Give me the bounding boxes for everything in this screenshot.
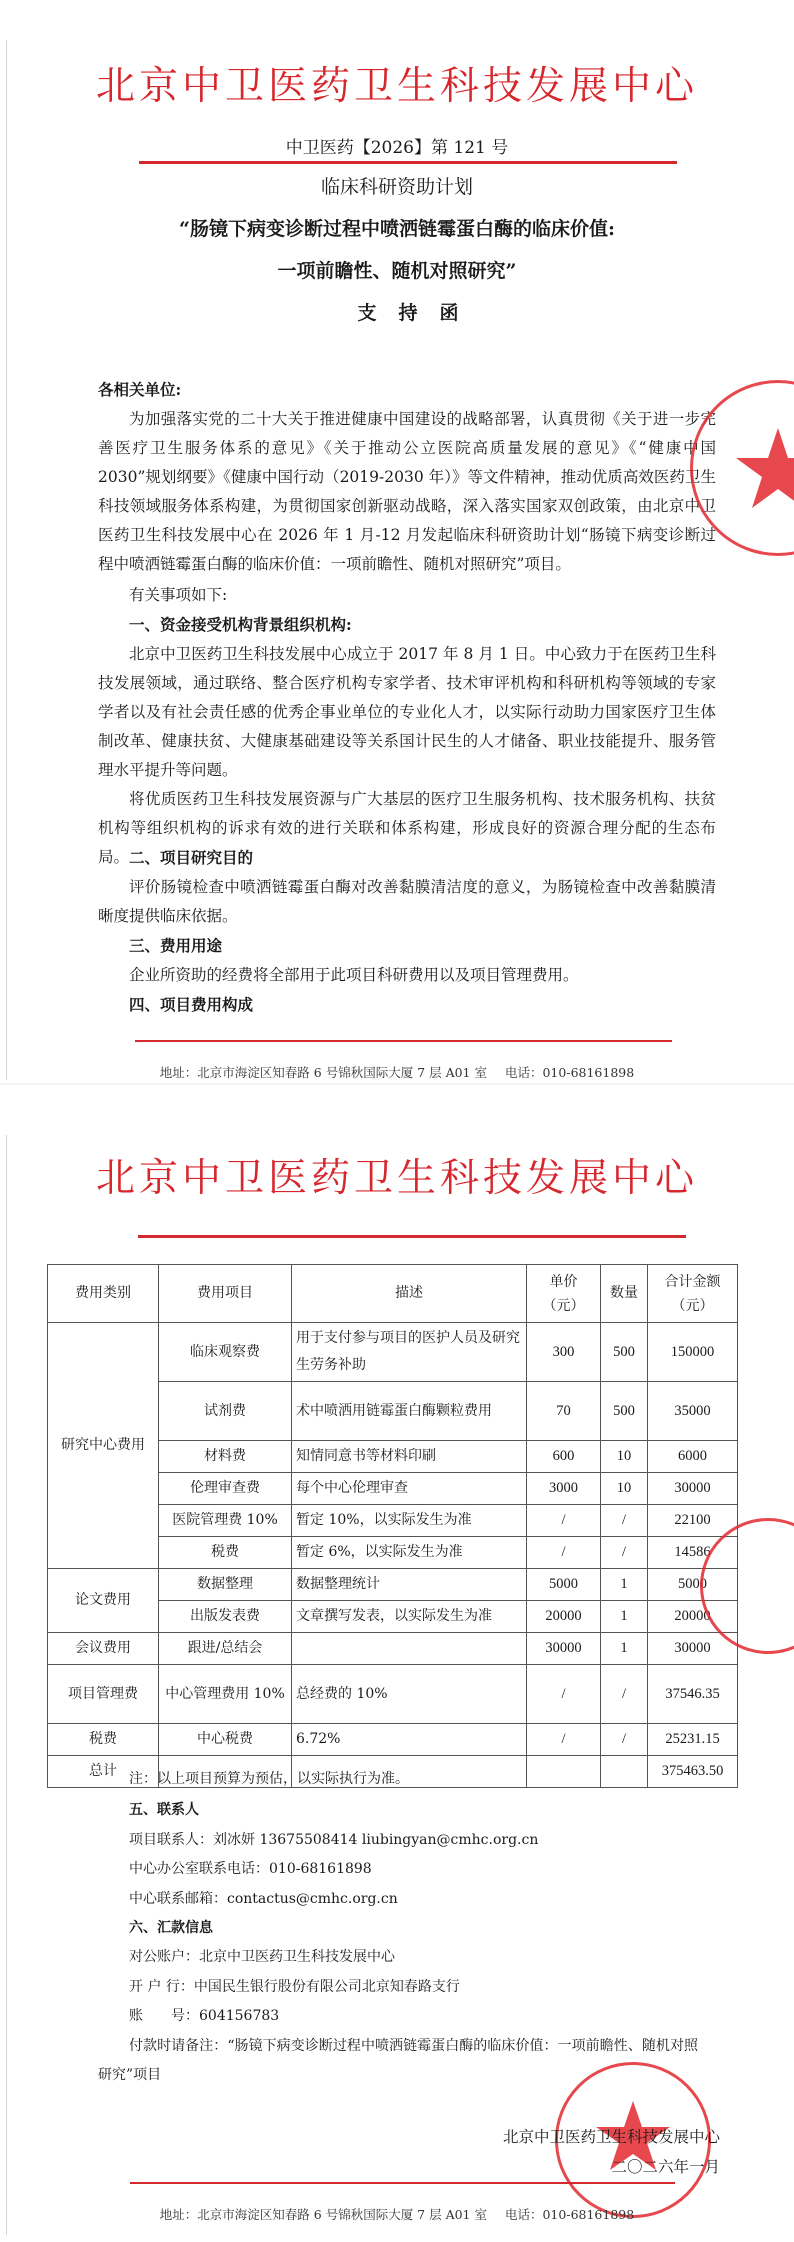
letter-type-title: 支持函 (0, 298, 794, 325)
item-cell: 临床观察费 (159, 1323, 292, 1382)
table-header-row: 费用类别 费用项目 描述 单价（元） 数量 合计金额（元） (48, 1265, 738, 1323)
quantity-cell: 1 (601, 1569, 648, 1601)
quantity-cell: / (601, 1665, 648, 1724)
section2-paragraph: 评价肠镜检查中喷洒链霉蛋白酶对改善黏膜清洁度的意义，为肠镜检查中改善黏膜清晰度提… (98, 873, 716, 931)
footer-address-line-page2: 地址：北京市海淀区知春路 6 号锦秋国际大厦 7 层 A01 室电话：010-6… (0, 2205, 794, 2223)
item-cell: 跟进/总结会 (159, 1633, 292, 1665)
footer-red-rule (135, 1040, 672, 1042)
category-cell: 税费 (48, 1724, 159, 1756)
section3-paragraph: 企业所资助的经费将全部用于此项目科研费用以及项目管理费用。 (98, 961, 716, 990)
description-cell (292, 1633, 527, 1665)
quantity-cell: 10 (601, 1473, 648, 1505)
table-row: 项目管理费 中心管理费用 10% 总经费的 10% / / 37546.35 (48, 1665, 738, 1724)
unit-price-cell: 600 (527, 1441, 601, 1473)
header-item: 费用项目 (159, 1265, 292, 1323)
item-cell: 试剂费 (159, 1382, 292, 1441)
total-cell: 30000 (648, 1633, 738, 1665)
project-contact: 项目联系人：刘冰妍 13675508414 liubingyan@cmhc.or… (129, 1827, 538, 1853)
description-cell: 每个中心伦理审查 (292, 1473, 527, 1505)
unit-price-cell: 70 (527, 1382, 601, 1441)
page-edge (6, 1135, 7, 2235)
account-name: 对公账户：北京中卫医药卫生科技发展中心 (129, 1944, 395, 1970)
grand-total-cell: 375463.50 (648, 1756, 738, 1788)
footer-phone: 电话：010-68161898 (505, 2207, 634, 2222)
unit-price-cell: 30000 (527, 1633, 601, 1665)
table-row: 论文费用 数据整理 数据整理统计 5000 1 5000 (48, 1569, 738, 1601)
project-title-line1: “肠镜下病变诊断过程中喷洒链霉蛋白酶的临床价值: (0, 214, 794, 241)
description-cell: 总经费的 10% (292, 1665, 527, 1724)
unit-price-cell: / (527, 1505, 601, 1537)
item-cell: 伦理审查费 (159, 1473, 292, 1505)
header-description: 描述 (292, 1265, 527, 1323)
section4-heading: 四、项目费用构成 (129, 990, 253, 1019)
total-cell: 25231.15 (648, 1724, 738, 1756)
table-row: 研究中心费用 临床观察费 用于支付参与项目的医护人员及研究生劳务补助 300 5… (48, 1323, 738, 1382)
unit-price-cell: / (527, 1724, 601, 1756)
letterhead-red-rule-page2 (138, 1235, 686, 1238)
total-cell: 20000 (648, 1601, 738, 1633)
item-cell: 材料费 (159, 1441, 292, 1473)
table-row: 会议费用 跟进/总结会 30000 1 30000 (48, 1633, 738, 1665)
quantity-cell: 500 (601, 1323, 648, 1382)
unit-price-cell: 5000 (527, 1569, 601, 1601)
header-total: 合计金额（元） (648, 1265, 738, 1323)
unit-price-cell: 20000 (527, 1601, 601, 1633)
footer-red-rule-page2 (130, 2182, 675, 2184)
total-cell: 150000 (648, 1323, 738, 1382)
budget-note: 注：以上项目预算为预估，以实际执行为准。 (129, 1766, 409, 1792)
category-cell: 会议费用 (48, 1633, 159, 1665)
bank-name: 开 户 行：中国民生银行股份有限公司北京知春路支行 (129, 1974, 460, 2000)
total-cell: 5000 (648, 1569, 738, 1601)
footer-address: 地址：北京市海淀区知春路 6 号锦秋国际大厦 7 层 A01 室 (160, 1065, 487, 1080)
unit-price-cell (527, 1756, 601, 1788)
description-cell: 暂定 6%，以实际发生为准 (292, 1537, 527, 1569)
total-cell: 37546.35 (648, 1665, 738, 1724)
budget-table: 费用类别 费用项目 描述 单价（元） 数量 合计金额（元） 研究中心费用 临床观… (47, 1264, 738, 1788)
payment-note: 付款时请备注：“肠镜下病变诊断过程中喷洒链霉蛋白酶的临床价值：一项前瞻性、随机对… (98, 2032, 698, 2090)
center-email: 中心联系邮箱：contactus@cmhc.org.cn (129, 1886, 398, 1912)
unit-price-cell: / (527, 1665, 601, 1724)
category-cell: 论文费用 (48, 1569, 159, 1633)
intro-paragraph: 为加强落实党的二十大关于推进健康中国建设的战略部署，认真贯彻《关于进一步完善医疗… (98, 405, 716, 579)
letterhead-org-name: 北京中卫医药卫生科技发展中心 (0, 55, 794, 111)
total-cell: 30000 (648, 1473, 738, 1505)
category-cell: 研究中心费用 (48, 1323, 159, 1569)
footer-phone: 电话：010-68161898 (505, 1065, 634, 1080)
description-cell: 6.72% (292, 1724, 527, 1756)
signature-date: 二〇二六年一月 (420, 2155, 720, 2177)
unit-price-cell: 3000 (527, 1473, 601, 1505)
section3-heading: 三、费用用途 (129, 931, 222, 960)
section2-heading: 二、项目研究目的 (129, 843, 253, 872)
quantity-cell: 1 (601, 1601, 648, 1633)
quantity-cell: 1 (601, 1633, 648, 1665)
description-cell: 数据整理统计 (292, 1569, 527, 1601)
section5-heading: 五、联系人 (129, 1797, 199, 1823)
account-number: 账 号：604156783 (129, 2003, 279, 2029)
description-cell: 术中喷洒用链霉蛋白酶颗粒费用 (292, 1382, 527, 1441)
item-cell: 税费 (159, 1537, 292, 1569)
total-cell: 14586 (648, 1537, 738, 1569)
header-quantity: 数量 (601, 1265, 648, 1323)
salutation: 各相关单位: (98, 375, 718, 404)
category-cell: 项目管理费 (48, 1665, 159, 1724)
office-phone: 中心办公室联系电话：010-68161898 (129, 1856, 372, 1882)
document-number: 中卫医药【2026】第 121 号 (0, 133, 794, 158)
quantity-cell (601, 1756, 648, 1788)
letterhead-red-rule (139, 161, 677, 164)
description-cell: 用于支付参与项目的医护人员及研究生劳务补助 (292, 1323, 527, 1382)
quantity-cell: / (601, 1724, 648, 1756)
item-cell: 医院管理费 10% (159, 1505, 292, 1537)
header-unit-price: 单价（元） (527, 1265, 601, 1323)
letterhead-org-name-page2: 北京中卫医药卫生科技发展中心 (0, 1147, 794, 1203)
header-category: 费用类别 (48, 1265, 159, 1323)
section1-heading: 一、资金接受机构背景组织机构: (129, 610, 352, 639)
item-cell: 数据整理 (159, 1569, 292, 1601)
quantity-cell: / (601, 1505, 648, 1537)
quantity-cell: 10 (601, 1441, 648, 1473)
quantity-cell: 500 (601, 1382, 648, 1441)
letter-page-1: 北京中卫医药卫生科技发展中心 中卫医药【2026】第 121 号 临床科研资助计… (0, 0, 794, 1085)
section1-paragraph-1: 北京中卫医药卫生科技发展中心成立于 2017 年 8 月 1 日。中心致力于在医… (98, 640, 716, 785)
unit-price-cell: 300 (527, 1323, 601, 1382)
description-cell: 暂定 10%，以实际发生为准 (292, 1505, 527, 1537)
description-cell: 知情同意书等材料印刷 (292, 1441, 527, 1473)
total-cell: 35000 (648, 1382, 738, 1441)
section6-heading: 六、汇款信息 (129, 1915, 213, 1941)
footer-address: 地址：北京市海淀区知春路 6 号锦秋国际大厦 7 层 A01 室 (160, 2207, 487, 2222)
total-cell: 6000 (648, 1441, 738, 1473)
item-cell: 出版发表费 (159, 1601, 292, 1633)
item-cell: 中心税费 (159, 1724, 292, 1756)
total-cell: 22100 (648, 1505, 738, 1537)
table-row: 税费 中心税费 6.72% / / 25231.15 (48, 1724, 738, 1756)
project-title-line2: 一项前瞻性、随机对照研究” (0, 256, 794, 283)
signature-organization: 北京中卫医药卫生科技发展中心 (420, 2125, 720, 2147)
item-cell: 中心管理费用 10% (159, 1665, 292, 1724)
quantity-cell: / (601, 1537, 648, 1569)
unit-price-cell: / (527, 1537, 601, 1569)
program-name: 临床科研资助计划 (0, 172, 794, 199)
footer-address-line: 地址：北京市海淀区知春路 6 号锦秋国际大厦 7 层 A01 室电话：010-6… (0, 1063, 794, 1081)
matters-intro: 有关事项如下: (129, 581, 227, 610)
description-cell: 文章撰写发表，以实际发生为准 (292, 1601, 527, 1633)
